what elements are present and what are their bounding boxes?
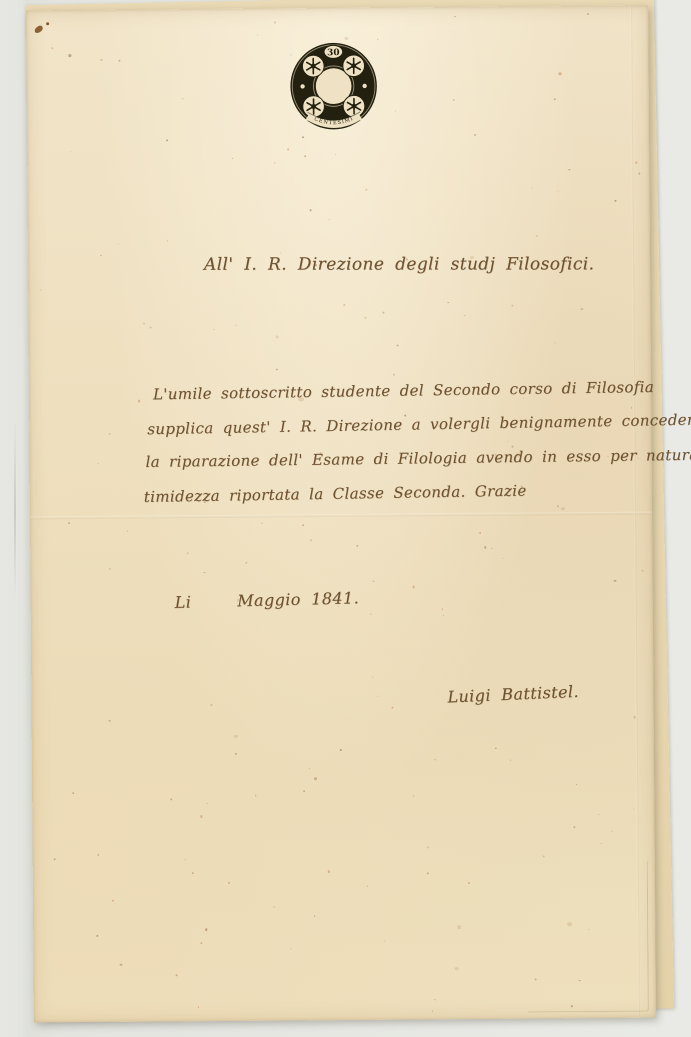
date-prefix: Li <box>174 593 191 612</box>
embossed-edge-line <box>527 861 649 1013</box>
ink-spot <box>33 24 44 34</box>
document-page: 30 CENTESIMI All' I. R. Direzione degli … <box>26 6 656 1023</box>
background-fold-crease <box>14 420 16 600</box>
signature: Luigi Battistel. <box>447 682 579 707</box>
revenue-stamp-icon: 30 CENTESIMI <box>286 41 381 136</box>
salutation-line: All' I. R. Direzione degli studj Filosof… <box>204 254 594 274</box>
stamp-value: 30 <box>327 48 340 58</box>
ink-spot <box>46 22 49 25</box>
petition-body: L'umile sottoscritto studente del Second… <box>143 379 691 519</box>
date-line: LiMaggio 1841. <box>174 588 359 612</box>
date-value: Maggio 1841. <box>237 588 359 610</box>
